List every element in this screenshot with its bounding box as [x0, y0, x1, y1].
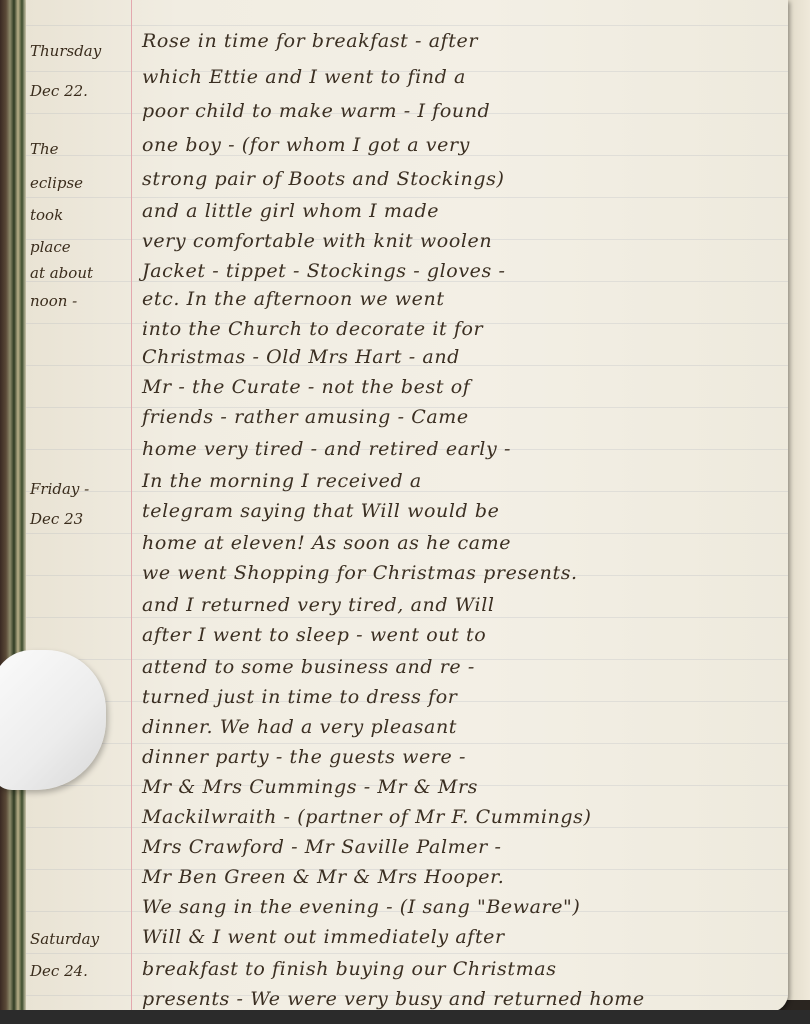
- entry-line: In the morning I received a: [142, 470, 422, 492]
- entry-line: We sang in the evening - (I sang "Beware…: [142, 896, 580, 918]
- margin-note: took: [30, 206, 134, 224]
- entry-line: very comfortable with knit woolen: [142, 230, 492, 252]
- entry-line: Will & I went out immediately after: [142, 926, 505, 948]
- entry-line: Jacket - tippet - Stockings - gloves -: [142, 260, 506, 282]
- entry-line: which Ettie and I went to find a: [142, 66, 466, 88]
- margin-note-day: Friday -: [30, 480, 134, 498]
- entry-line: telegram saying that Will would be: [142, 500, 500, 522]
- entry-line: Mr & Mrs Cummings - Mr & Mrs: [142, 776, 478, 798]
- desk-surface: [0, 1010, 810, 1024]
- entry-line: after I went to sleep - went out to: [142, 624, 486, 646]
- entry-line: Mrs Crawford - Mr Saville Palmer -: [142, 836, 501, 858]
- entry-line: Rose in time for breakfast - after: [142, 30, 478, 52]
- entry-line: turned just in time to dress for: [142, 686, 457, 708]
- entry-line: attend to some business and re -: [142, 656, 475, 678]
- margin-note: at about: [30, 264, 134, 282]
- entry-line: dinner party - the guests were -: [142, 746, 466, 768]
- entry-line: friends - rather amusing - Came: [142, 406, 469, 428]
- entry-line: we went Shopping for Christmas presents.: [142, 562, 578, 584]
- margin-note-date: Dec 24.: [30, 962, 134, 980]
- entry-line: home at eleven! As soon as he came: [142, 532, 511, 554]
- entry-line: into the Church to decorate it for: [142, 318, 483, 340]
- entry-line: etc. In the afternoon we went: [142, 288, 445, 310]
- entry-line: dinner. We had a very pleasant: [142, 716, 457, 738]
- entry-line: home very tired - and retired early -: [142, 438, 511, 460]
- entry-line: and I returned very tired, and Will: [142, 594, 495, 616]
- entry-line: and a little girl whom I made: [142, 200, 439, 222]
- entry-line: strong pair of Boots and Stockings): [142, 168, 504, 190]
- margin-note-date: Dec 22.: [30, 82, 134, 100]
- entry-line: Christmas - Old Mrs Hart - and: [142, 346, 460, 368]
- margin-note: place: [30, 238, 134, 256]
- margin-note-date: Dec 23: [30, 510, 134, 528]
- entry-line: presents - We were very busy and returne…: [142, 988, 645, 1010]
- entry-line: Mackilwraith - (partner of Mr F. Cumming…: [142, 806, 591, 828]
- entry-line: one boy - (for whom I got a very: [142, 134, 470, 156]
- entry-line: Mr - the Curate - not the best of: [142, 376, 470, 398]
- entry-line: Mr Ben Green & Mr & Mrs Hooper.: [142, 866, 504, 888]
- entry-line: breakfast to finish buying our Christmas: [142, 958, 557, 980]
- margin-note: The: [30, 140, 134, 158]
- margin-note-day: Thursday: [30, 42, 134, 60]
- margin-note-day: Saturday: [30, 930, 134, 948]
- entry-line: poor child to make warm - I found: [142, 100, 490, 122]
- margin-note: noon -: [30, 292, 134, 310]
- margin-note: eclipse: [30, 174, 134, 192]
